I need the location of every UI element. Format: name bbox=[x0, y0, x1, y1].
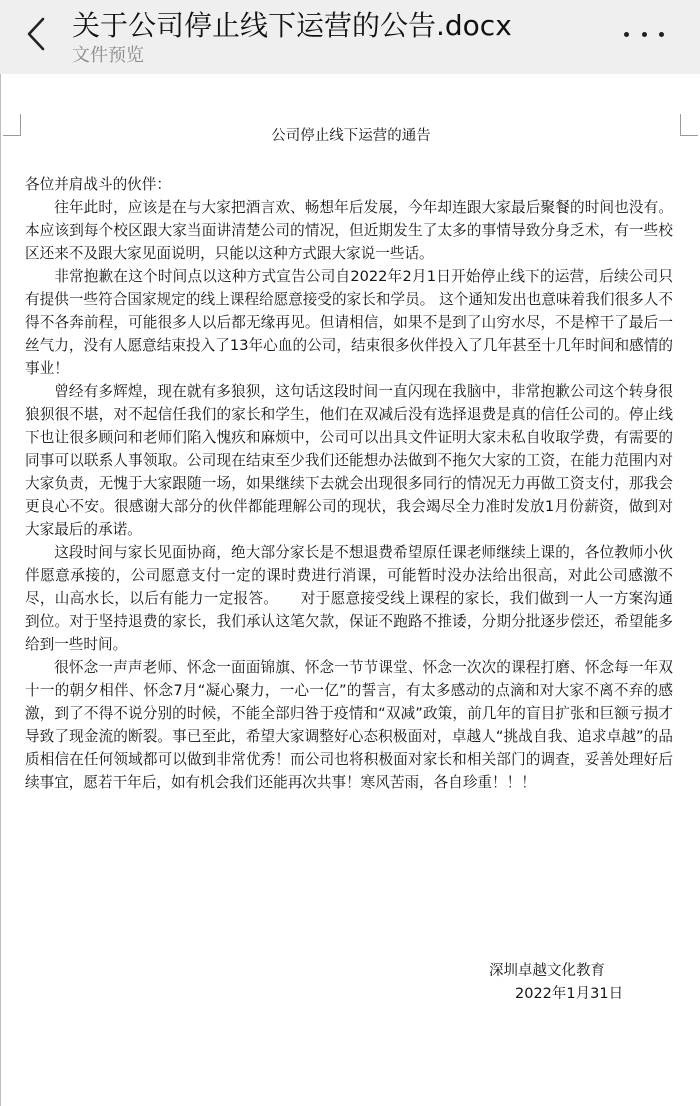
paragraph: 非常抱歉在这个时间点以这种方式宣告公司自2022年2月1日开始停止线下的运营，后… bbox=[25, 265, 673, 380]
more-horizontal-icon bbox=[624, 32, 629, 37]
signature-date: 2022年1月31日 bbox=[489, 983, 623, 1006]
document-title: 公司停止线下运营的通告 bbox=[1, 124, 700, 145]
chevron-left-icon bbox=[25, 16, 47, 52]
document-preview[interactable]: 公司停止线下运营的通告 各位并肩战斗的伙伴： 往年此时，应该是在与大家把酒言欢、… bbox=[0, 74, 700, 1106]
paragraph: 曾经有多辉煌，现在就有多狼狈，这句话这段时间一直闪现在我脑中，非常抱歉公司这个转… bbox=[25, 380, 673, 541]
more-options-button[interactable] bbox=[624, 22, 664, 46]
paragraph: 这段时间与家长见面协商，绝大部分家长是不想退费希望原任课老师继续上课的，各位教师… bbox=[25, 541, 673, 656]
more-horizontal-icon-dot bbox=[659, 32, 664, 37]
file-name-title: 关于公司停止线下运营的公告.docx bbox=[72, 4, 512, 44]
file-preview-subtitle: 文件预览 bbox=[72, 41, 144, 67]
greeting: 各位并肩战斗的伙伴： bbox=[25, 173, 673, 196]
paragraph: 很怀念一声声老师、怀念一面面锦旗、怀念一节节课堂、怀念一次次的课程打磨、怀念每一… bbox=[25, 656, 673, 794]
signature-organization: 深圳卓越文化教育 bbox=[489, 960, 623, 983]
paragraph: 往年此时，应该是在与大家把酒言欢、畅想年后发展，今年却连跟大家最后聚餐的时间也没… bbox=[25, 196, 673, 265]
signature-block: 深圳卓越文化教育 2022年1月31日 bbox=[489, 960, 623, 1006]
document-body: 各位并肩战斗的伙伴： 往年此时，应该是在与大家把酒言欢、畅想年后发展，今年却连跟… bbox=[25, 173, 673, 794]
top-app-bar: 关于公司停止线下运营的公告.docx 文件预览 bbox=[0, 0, 700, 74]
back-button[interactable] bbox=[20, 14, 52, 54]
more-horizontal-icon-dot bbox=[642, 32, 647, 37]
